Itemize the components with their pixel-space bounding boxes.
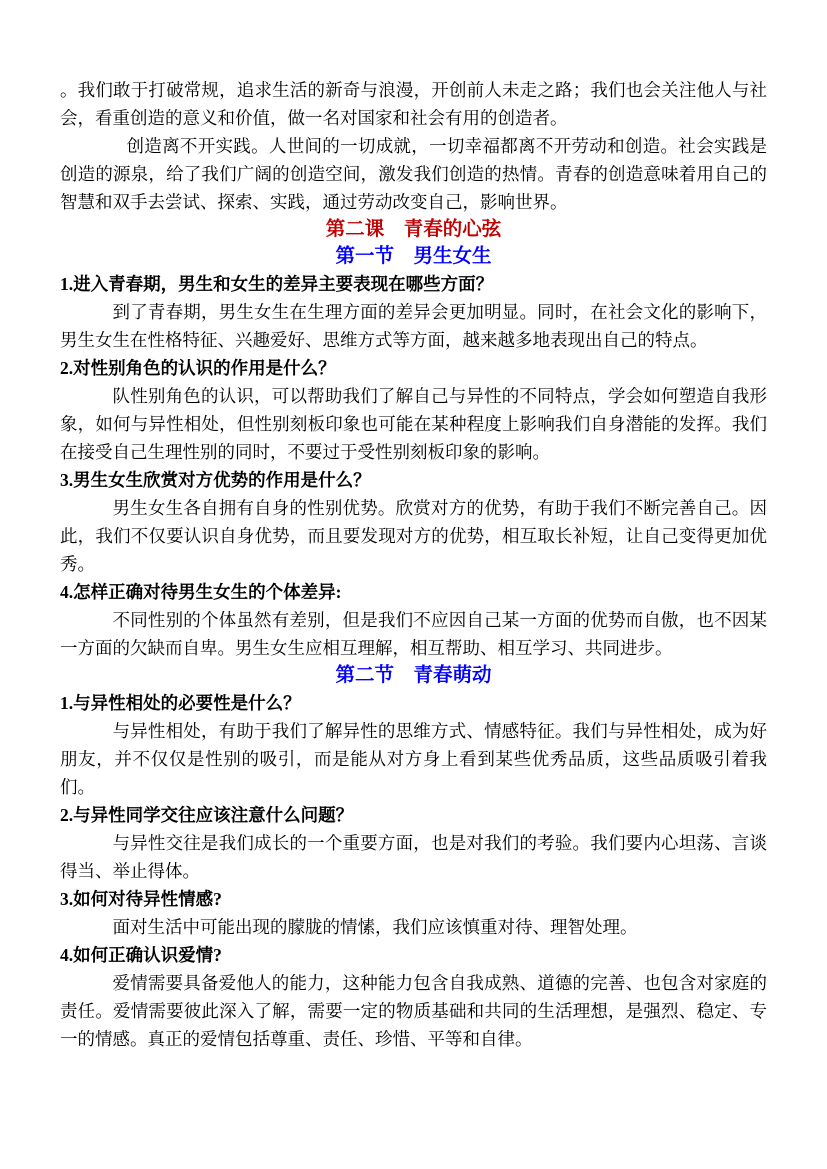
intro-paragraph-practice: 创造离不开实践。人世间的一切成就，一切幸福都离不开劳动和创造。社会实践是创造的源… xyxy=(60,132,767,216)
answer-paragraph: 不同性别的个体虽然有差别，但是我们不应因自己某一方面的优势而自傲，也不因某一方面… xyxy=(60,606,767,662)
question-heading: 2.对性别角色的认识的作用是什么？ xyxy=(60,354,767,382)
question-heading: 4.怎样正确对待男生女生的个体差异: xyxy=(60,578,767,606)
question-heading: 1.与异性相处的必要性是什么？ xyxy=(60,689,767,717)
intro-paragraph-continuation: 。我们敢于打破常规，追求生活的新奇与浪漫，开创前人未走之路；我们也会关注他人与社… xyxy=(60,76,767,132)
question-heading: 4.如何正确认识爱情? xyxy=(60,941,767,969)
answer-paragraph: 到了青春期，男生女生在生理方面的差异会更加明显。同时，在社会文化的影响下，男生女… xyxy=(60,298,767,354)
answer-paragraph: 队性别角色的认识，可以帮助我们了解自己与异性的不同特点，学会如何塑造自我形象，如… xyxy=(60,382,767,466)
answer-paragraph: 面对生活中可能出现的朦胧的情愫，我们应该慎重对待、理智处理。 xyxy=(60,913,767,941)
answer-paragraph: 与异性交往是我们成长的一个重要方面，也是对我们的考验。我们要内心坦荡、言谈得当、… xyxy=(60,829,767,885)
document-page: 。我们敢于打破常规，追求生活的新奇与浪漫，开创前人未走之路；我们也会关注他人与社… xyxy=(0,0,827,1169)
answer-paragraph: 爱情需要具备爱他人的能力，这种能力包含自我成熟、道德的完善、也包含对家庭的责任。… xyxy=(60,969,767,1053)
question-heading: 1.进入青春期，男生和女生的差异主要表现在哪些方面？ xyxy=(60,270,767,298)
section-title-1: 第一节 男生女生 xyxy=(60,243,767,270)
question-heading: 3.男生女生欣赏对方优势的作用是什么？ xyxy=(60,466,767,494)
lesson-title: 第二课 青春的心弦 xyxy=(60,216,767,243)
question-heading: 3.如何对待异性情感? xyxy=(60,885,767,913)
answer-paragraph: 男生女生各自拥有自身的性别优势。欣赏对方的优势，有助于我们不断完善自己。因此，我… xyxy=(60,494,767,578)
section-title-2: 第二节 青春萌动 xyxy=(60,662,767,689)
question-heading: 2.与异性同学交往应该注意什么问题？ xyxy=(60,801,767,829)
answer-paragraph: 与异性相处，有助于我们了解异性的思维方式、情感特征。我们与异性相处，成为好朋友，… xyxy=(60,717,767,801)
